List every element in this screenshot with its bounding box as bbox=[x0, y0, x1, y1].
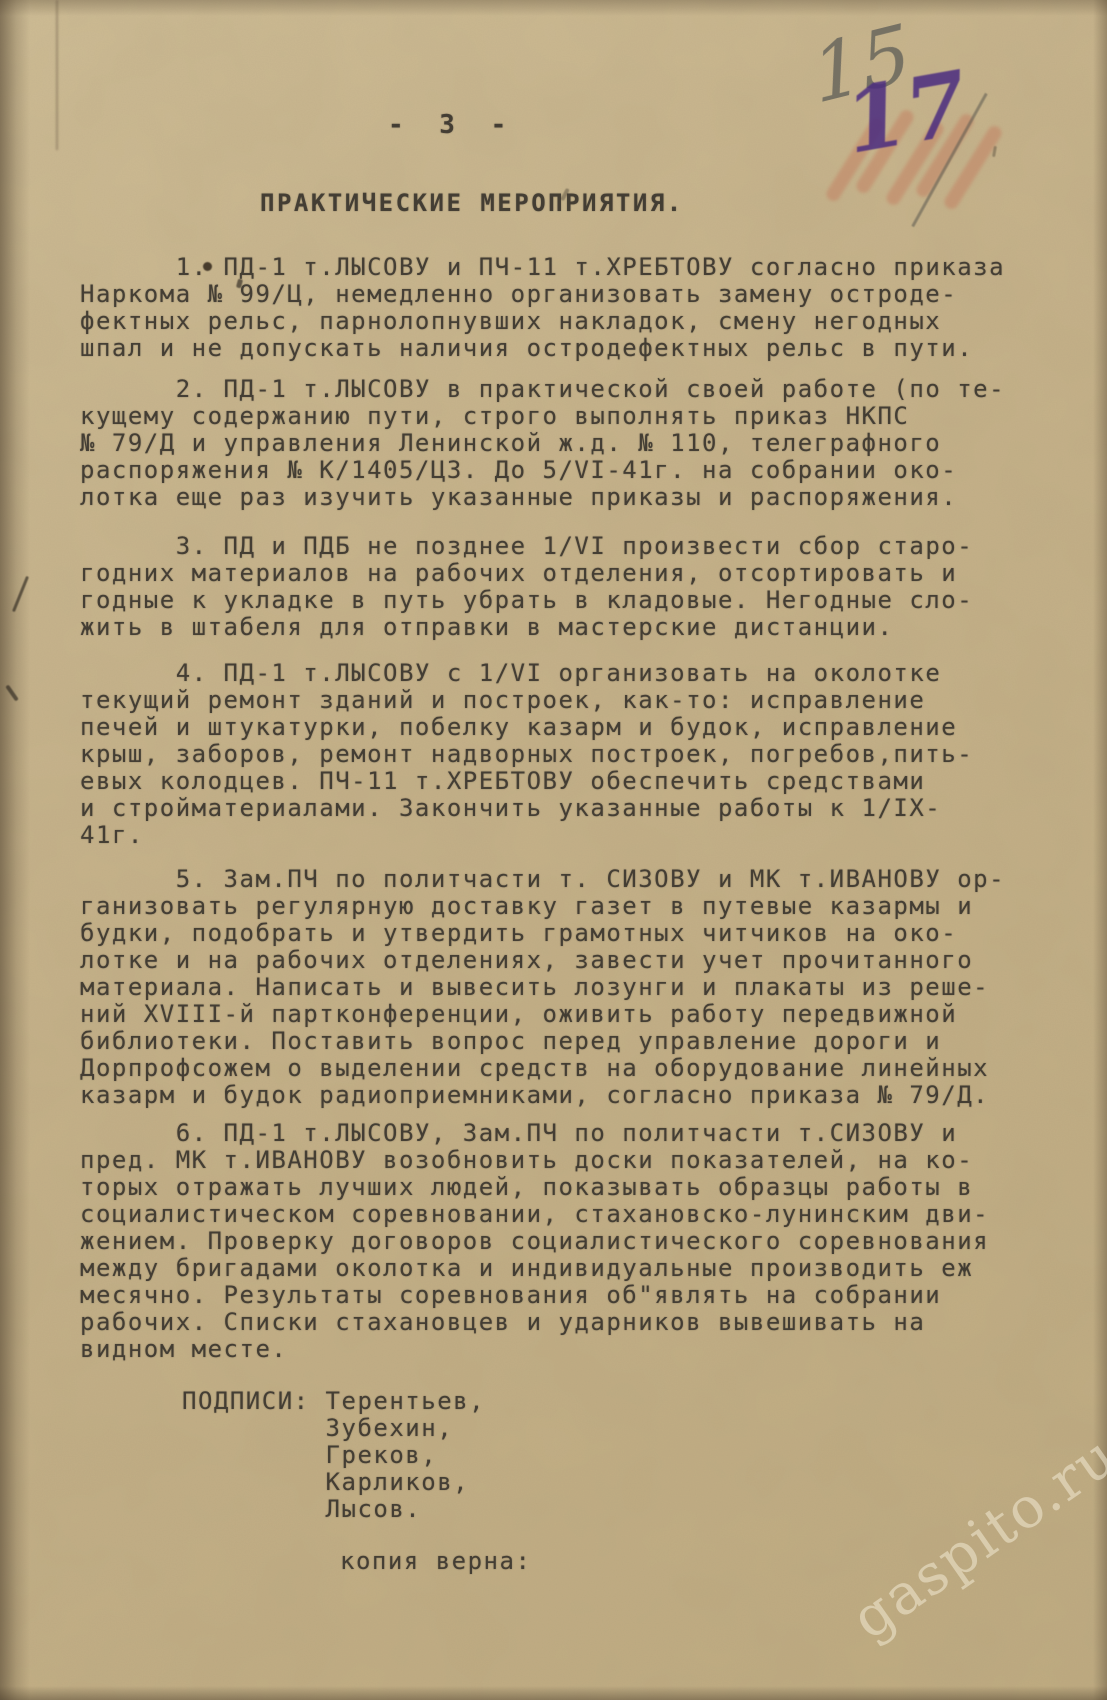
document-title: ПРАКТИЧЕСКИЕ МЕРОПРИЯТИЯ. bbox=[260, 190, 684, 217]
watermark: gaspito.ru bbox=[827, 1413, 1107, 1661]
paragraph-3: 3. ПД и ПДБ не позднее 1/VI произвести с… bbox=[80, 533, 1035, 641]
paper-speck bbox=[992, 146, 997, 157]
paragraph-2: 2. ПД-1 т.ЛЫСОВУ в практической своей ра… bbox=[80, 376, 1035, 511]
ink-blot bbox=[203, 262, 212, 271]
page-number: - 3 - bbox=[388, 112, 516, 139]
signatures-block: ПОДПИСИ: Терентьев, Зубехин, Греков, Кар… bbox=[182, 1388, 485, 1523]
paper-speck bbox=[5, 684, 19, 701]
copy-certification-note: копия верна: bbox=[340, 1548, 531, 1575]
paragraph-6: 6. ПД-1 т.ЛЫСОВУ, Зам.ПЧ по политчасти т… bbox=[80, 1120, 1035, 1363]
page-edge-shadow-right bbox=[1093, 0, 1107, 1700]
handwritten-pencil-number: 15 bbox=[807, 8, 916, 122]
paper-crease-line bbox=[56, 0, 58, 150]
paper-speck bbox=[12, 576, 29, 612]
paragraph-5: 5. Зам.ПЧ по политчасти т. СИЗОВУ и МК т… bbox=[80, 866, 1035, 1109]
paragraph-1: 1. ПД-1 т.ЛЫСОВУ и ПЧ-11 т.ХРЕБТОВУ согл… bbox=[80, 254, 1035, 362]
page-edge-shadow-bottom bbox=[0, 1686, 1107, 1700]
page-edge-shadow-left bbox=[0, 0, 30, 1700]
paragraph-4: 4. ПД-1 т.ЛЫСОВУ с 1/VI организовать на … bbox=[80, 660, 1035, 849]
page-edge-shadow-top bbox=[0, 0, 1107, 16]
scanned-document-page: - 3 - ПРАКТИЧЕСКИЕ МЕРОПРИЯТИЯ. 1. ПД-1 … bbox=[0, 0, 1107, 1700]
